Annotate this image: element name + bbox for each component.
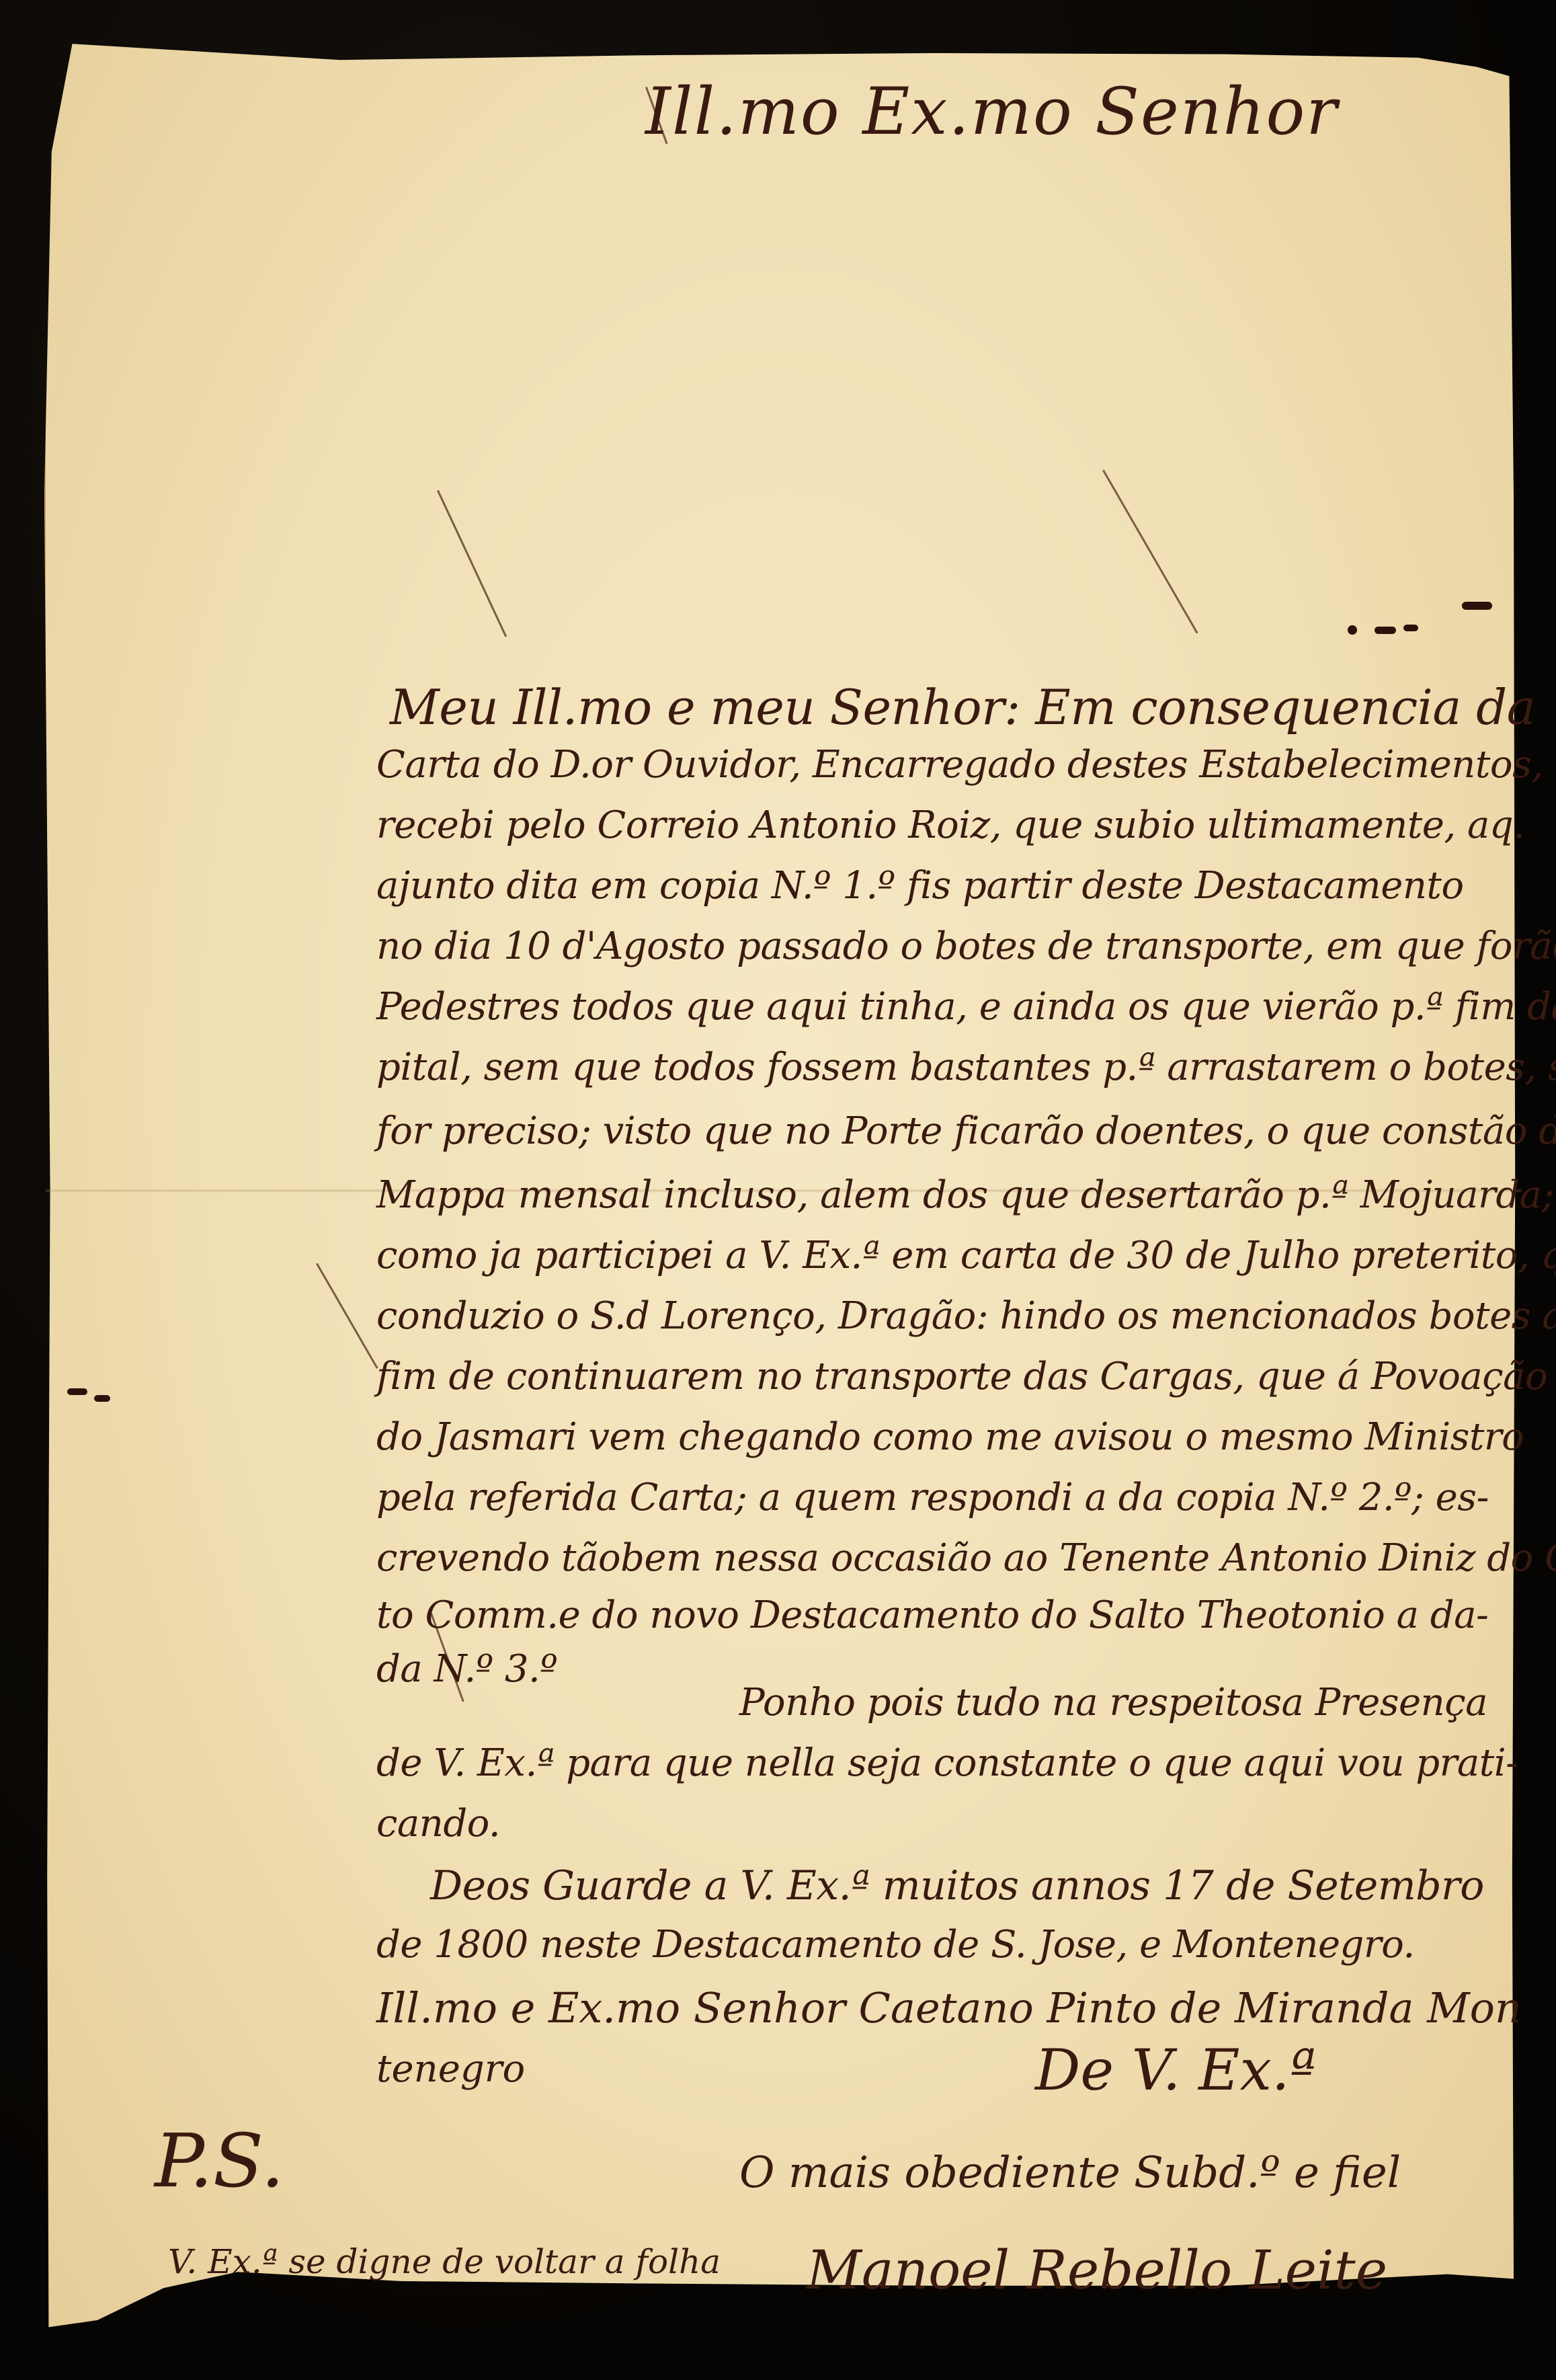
body-line: Pedestres todos que aqui tinha, e ainda … [376,985,1556,1029]
body-line: conduzio o S.d Lorenço, Dragão: hindo os… [376,1294,1556,1338]
body-line: da N.º 3.º [376,1647,557,1691]
body-line: de V. Ex.ª para que nella seja constante… [376,1741,1518,1785]
body-line: fim de continuarem no transporte das Car… [376,1355,1547,1398]
body-line: pital, sem que todos fossem bastantes p.… [376,1045,1556,1089]
addressee-line: Ill.mo e Ex.mo Senhor Caetano Pinto de M… [376,1983,1522,2032]
postscript-text: V. Ex.ª se digne de voltar a folha [168,2242,721,2281]
body-line: Mappa mensal incluso, alem dos que deser… [376,1173,1554,1217]
closing-line: O mais obediente Subd.º e fiel [739,2148,1401,2198]
ink-blot [1403,625,1418,631]
closing-line: De V. Ex.ª [1035,2037,1316,2103]
ink-blot [1348,625,1357,635]
body-line: Meu Ill.mo e meu Senhor: Em consequencia… [390,679,1535,736]
body-line: no dia 10 d'Agosto passado o botes de tr… [376,924,1556,968]
body-line: to Comm.e do novo Destacamento do Salto … [376,1593,1488,1637]
body-line: recebi pelo Correio Antonio Roiz, que su… [376,803,1525,847]
body-line: de 1800 neste Destacamento de S. Jose, e… [376,1923,1415,1967]
ink-blot [1375,627,1396,634]
ink-blot [94,1395,110,1402]
body-line: Ponho pois tudo na respeitosa Presença [739,1681,1487,1724]
signature: Manoel Rebello Leite [807,2239,1387,2301]
body-line: como ja participei a V. Ex.ª em carta de… [376,1234,1556,1277]
body-line: cando. [376,1802,500,1846]
letter-heading: Ill.mo Ex.mo Senhor [645,74,1338,149]
body-line: ajunto dita em copia N.º 1.º fis partir … [376,864,1464,908]
postscript-mark: P.S. [155,2118,284,2204]
body-line: do Jasmari vem chegando como me avisou o… [376,1415,1524,1459]
ink-blot [1462,602,1492,610]
ink-blot [67,1388,87,1395]
body-line: crevendo tãobem nessa occasião ao Tenent… [376,1536,1556,1580]
body-line: pela referida Carta; a quem respondi a d… [376,1476,1489,1519]
addressee-line: tenegro [376,2047,525,2091]
body-line: Carta do D.or Ouvidor, Encarregado deste… [376,743,1556,787]
body-line: for preciso; visto que no Porte ficarão … [376,1109,1556,1153]
body-line: Deos Guarde a V. Ex.ª muitos annos 17 de… [430,1862,1484,1909]
